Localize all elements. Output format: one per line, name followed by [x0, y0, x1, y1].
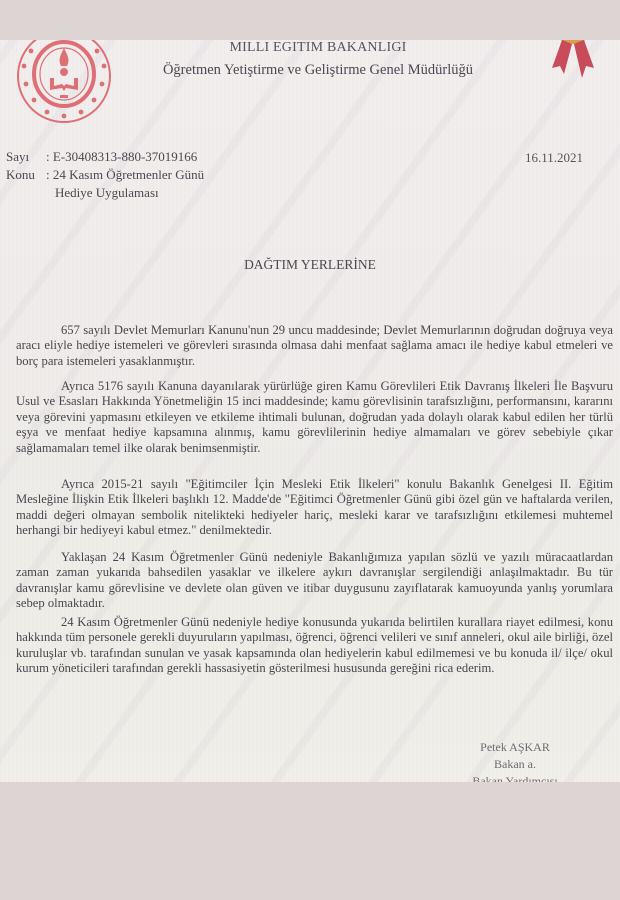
signatory-title-line2: Bakan Yardımcısı	[460, 773, 570, 782]
subject-value: : 24 Kasım Öğretmenler Günü	[46, 166, 204, 184]
paragraph-text: Ayrıca 5176 sayılı Kanuna dayanılarak yü…	[16, 379, 613, 456]
document-page: MILLI EGITIM BAKANLIGI Öğretmen Yetiştir…	[0, 40, 620, 782]
signatory-title: Bakan a.	[460, 756, 570, 773]
distribution-heading: DAĞTIM YERLERİNE	[0, 257, 620, 273]
paragraph-1: 657 sayılı Devlet Memurları Kanunu'nun 2…	[16, 323, 613, 369]
paragraph-text: Yaklaşan 24 Kasım Öğretmenler Günü neden…	[16, 550, 613, 612]
subject-row: Konu : 24 Kasım Öğretmenler Günü	[6, 166, 204, 184]
paragraph-text: Ayrıca 2015-21 sayılı "Eğitimciler İçin …	[16, 477, 613, 539]
paragraph-2: Ayrıca 5176 sayılı Kanuna dayanılarak yü…	[16, 379, 613, 456]
ministry-seal-icon	[14, 40, 114, 126]
directorate-name: Öğretmen Yetiştirme ve Geliştirme Genel …	[108, 62, 528, 79]
ministry-name: MILLI EGITIM BAKANLIGI	[108, 40, 528, 56]
subject-label: Konu	[6, 166, 46, 184]
paragraph-3: Ayrıca 2015-21 sayılı "Eğitimciler İçin …	[16, 477, 613, 539]
number-value: : E-30408313-880-37019166	[46, 148, 197, 166]
paragraph-4: Yaklaşan 24 Kasım Öğretmenler Günü neden…	[16, 550, 613, 612]
paragraph-text: 657 sayılı Devlet Memurları Kanunu'nun 2…	[16, 323, 613, 369]
subject-value-line2: Hediye Uygulaması	[55, 184, 159, 202]
number-row: Sayı : E-30408313-880-37019166	[6, 148, 204, 166]
document-meta: Sayı : E-30408313-880-37019166 Konu : 24…	[6, 148, 204, 202]
paragraph-5: 24 Kasım Öğretmenler Günü nedeniyle hedi…	[16, 615, 613, 677]
signature-block: Petek AŞKAR Bakan a. Bakan Yardımcısı	[460, 739, 570, 782]
signatory-name: Petek AŞKAR	[460, 739, 570, 756]
award-ribbon-icon	[548, 40, 598, 90]
document-date: 16.11.2021	[525, 150, 583, 166]
number-label: Sayı	[6, 148, 46, 166]
paragraph-text: 24 Kasım Öğretmenler Günü nedeniyle hedi…	[16, 615, 613, 677]
subject-row-2: Hediye Uygulaması	[6, 184, 204, 202]
